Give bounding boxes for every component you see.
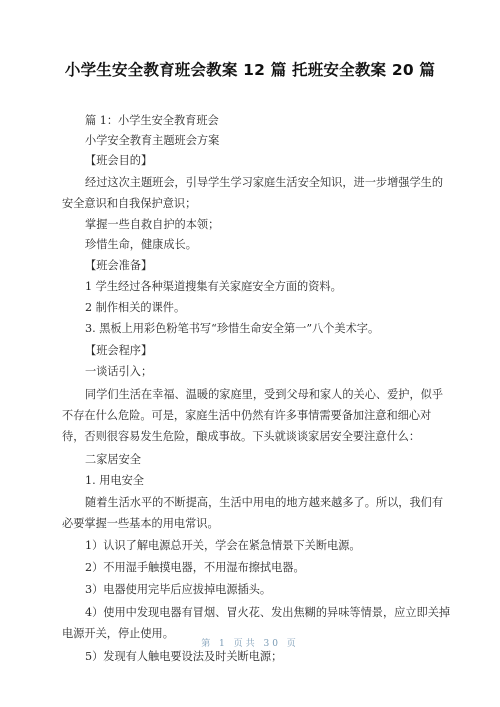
paragraph-line: 【班会目的】 (62, 152, 152, 168)
paragraph-line: 待，否则很容易发生危险，酿成事故。下头就谈谈家居安全要注意什么： (62, 428, 420, 444)
paragraph-line: 安全意识和自我保护意识； (62, 195, 196, 211)
paragraph-line: 4）使用中发现电器有冒烟、冒火花、发出焦糊的异味等情景，应立即关掉 (62, 604, 450, 620)
paragraph-line: 【班会程序】 (62, 342, 152, 358)
paragraph-line: 2 制作相关的课件。 (62, 299, 185, 315)
document-title: 小学生安全教育班会教案 12 篇 托班安全教案 20 篇 (0, 58, 500, 80)
paragraph-line: 必要掌握一些基本的用电常识。 (62, 515, 219, 531)
paragraph-line: 珍惜生命，健康成长。 (62, 236, 197, 252)
paragraph-line: 3）电器使用完毕后应拔掉电源插头。 (62, 581, 271, 597)
page-footer: 第 1 页共 30 页 (0, 636, 500, 649)
paragraph-line: 同学们生活在幸福、温暖的家庭里，受到父母和家人的关心、爱护，似乎 (62, 386, 443, 402)
paragraph-line: 1 学生经过各种渠道搜集有关家庭安全方面的资料。 (62, 278, 342, 294)
paragraph-line: 1. 用电安全 (62, 472, 144, 488)
paragraph-line: 1）认识了解电源总开关，学会在紧急情景下关断电源。 (62, 537, 361, 553)
paragraph-line: 掌握一些自救自护的本领； (62, 216, 219, 232)
paragraph-line: 二家居安全 (62, 451, 141, 467)
paragraph-line: 小学安全教育主题班会方案 (62, 132, 219, 148)
paragraph-line: 不存在什么危险。可是，家庭生活中仍然有许多事情需要备加注意和细心对 (62, 407, 431, 423)
paragraph-line: 3. 黑板上用彩色粉笔书写“珍惜生命安全第一”八个美术字。 (62, 320, 379, 336)
paragraph-line: 2）不用湿手触摸电器，不用湿布擦拭电器。 (62, 559, 305, 575)
paragraph-line: 一谈话引入； (62, 363, 152, 379)
paragraph-line: 篇 1：小学生安全教育班会 (62, 112, 219, 128)
paragraph-line: 【班会准备】 (62, 257, 152, 273)
paragraph-line: 随着生活水平的不断提高，生活中用电的地方越来越多了。所以，我们有 (62, 494, 443, 510)
paragraph-line: 5）发现有人触电要设法及时关断电源； (62, 648, 282, 664)
paragraph-line: 经过这次主题班会，引导学生学习家庭生活安全知识，进一步增强学生的 (62, 174, 443, 190)
